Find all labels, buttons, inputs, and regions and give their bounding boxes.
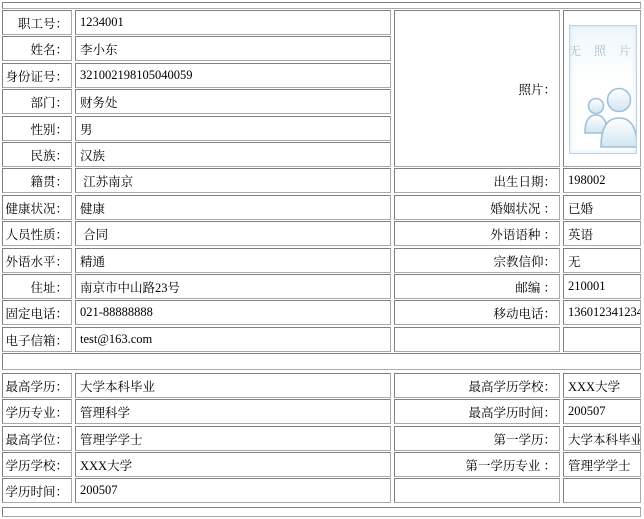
employee-id-value: 1234001 (75, 10, 391, 35)
employee-name-value: 李小东 (75, 36, 391, 61)
top-strip (2, 2, 641, 9)
education-time-label: 学历时间： (2, 478, 72, 503)
health-status-value: 健康 (75, 195, 391, 220)
postal-code-value: 210001 (563, 274, 641, 299)
birth-date-label: 出生日期： (394, 168, 560, 193)
highest-degree-value: 管理学学士 (75, 426, 391, 451)
photo-placeholder: 无 照 片 (569, 25, 637, 154)
foreign-language-value: 英语 (563, 221, 641, 246)
postal-code-label: 邮编 ： (394, 274, 560, 299)
department-value: 财务处 (75, 89, 391, 114)
highest-education-time-value: 200507 (563, 399, 641, 424)
marital-status-value: 已婚 (563, 195, 641, 220)
education-major-value: 管理科学 (75, 399, 391, 424)
employee-info-form: 职工号： 1234001 姓名： 李小东 身份证号： 3210021981050… (0, 0, 644, 519)
gender-label: 性别： (2, 116, 72, 141)
ethnicity-value: 汉族 (75, 142, 391, 167)
ethnicity-label: 民族： (2, 142, 72, 167)
empty-label-cell (394, 327, 560, 352)
employee-id-label: 职工号： (2, 10, 72, 35)
education-major-label: 学历专业： (2, 399, 72, 424)
education-school-value: XXX大学 (75, 452, 391, 477)
marital-status-label: 婚姻状况 ： (394, 195, 560, 220)
education-school-label: 学历学校： (2, 452, 72, 477)
foreign-language-label: 外语语种 ： (394, 221, 560, 246)
id-card-number-label: 身份证号： (2, 63, 72, 88)
no-photo-text: 无 照 片 (569, 42, 636, 59)
mobile-phone-value: 136012341234 (563, 300, 641, 325)
empty-value-cell (563, 478, 641, 503)
first-education-label: 第一学历： (394, 426, 560, 451)
religion-value: 无 (563, 248, 641, 273)
empty-value-cell (563, 327, 641, 352)
empty-label-cell (394, 478, 560, 503)
photo-cell: 无 照 片 (563, 10, 641, 167)
landline-phone-value: 021-88888888 (75, 300, 391, 325)
highest-education-value: 大学本科毕业 (75, 373, 391, 398)
department-label: 部门： (2, 89, 72, 114)
buddies-icon (583, 85, 637, 149)
birth-date-value: 198002 (563, 168, 641, 193)
religion-label: 宗教信仰： (394, 248, 560, 273)
highest-degree-label: 最高学位： (2, 426, 72, 451)
address-label: 住址： (2, 274, 72, 299)
first-education-major-value: 管理学学士 (563, 452, 641, 477)
native-place-label: 籍贯： (2, 168, 72, 193)
photo-label: 照片： (394, 10, 560, 167)
language-level-value: 精通 (75, 248, 391, 273)
email-label: 电子信箱： (2, 327, 72, 352)
education-time-value: 200507 (75, 478, 391, 503)
highest-education-label: 最高学历： (2, 373, 72, 398)
first-education-major-label: 第一学历专业 ： (394, 452, 560, 477)
language-level-label: 外语水平： (2, 248, 72, 273)
email-value: test@163.com (75, 327, 391, 352)
employee-name-label: 姓名： (2, 36, 72, 61)
personnel-type-label: 人员性质： (2, 221, 72, 246)
highest-education-school-value: XXX大学 (563, 373, 641, 398)
bottom-strip (2, 507, 641, 517)
section-separator-strip (2, 353, 641, 370)
health-status-label: 健康状况： (2, 195, 72, 220)
native-place-value: 江苏南京 (75, 168, 391, 193)
address-value: 南京市中山路23号 (75, 274, 391, 299)
landline-phone-label: 固定电话： (2, 300, 72, 325)
gender-value: 男 (75, 116, 391, 141)
first-education-value: 大学本科毕业 (563, 426, 641, 451)
personnel-type-value: 合同 (75, 221, 391, 246)
highest-education-time-label: 最高学历时间： (394, 399, 560, 424)
id-card-number-value: 321002198105040059 (75, 63, 391, 88)
highest-education-school-label: 最高学历学校： (394, 373, 560, 398)
mobile-phone-label: 移动电话： (394, 300, 560, 325)
